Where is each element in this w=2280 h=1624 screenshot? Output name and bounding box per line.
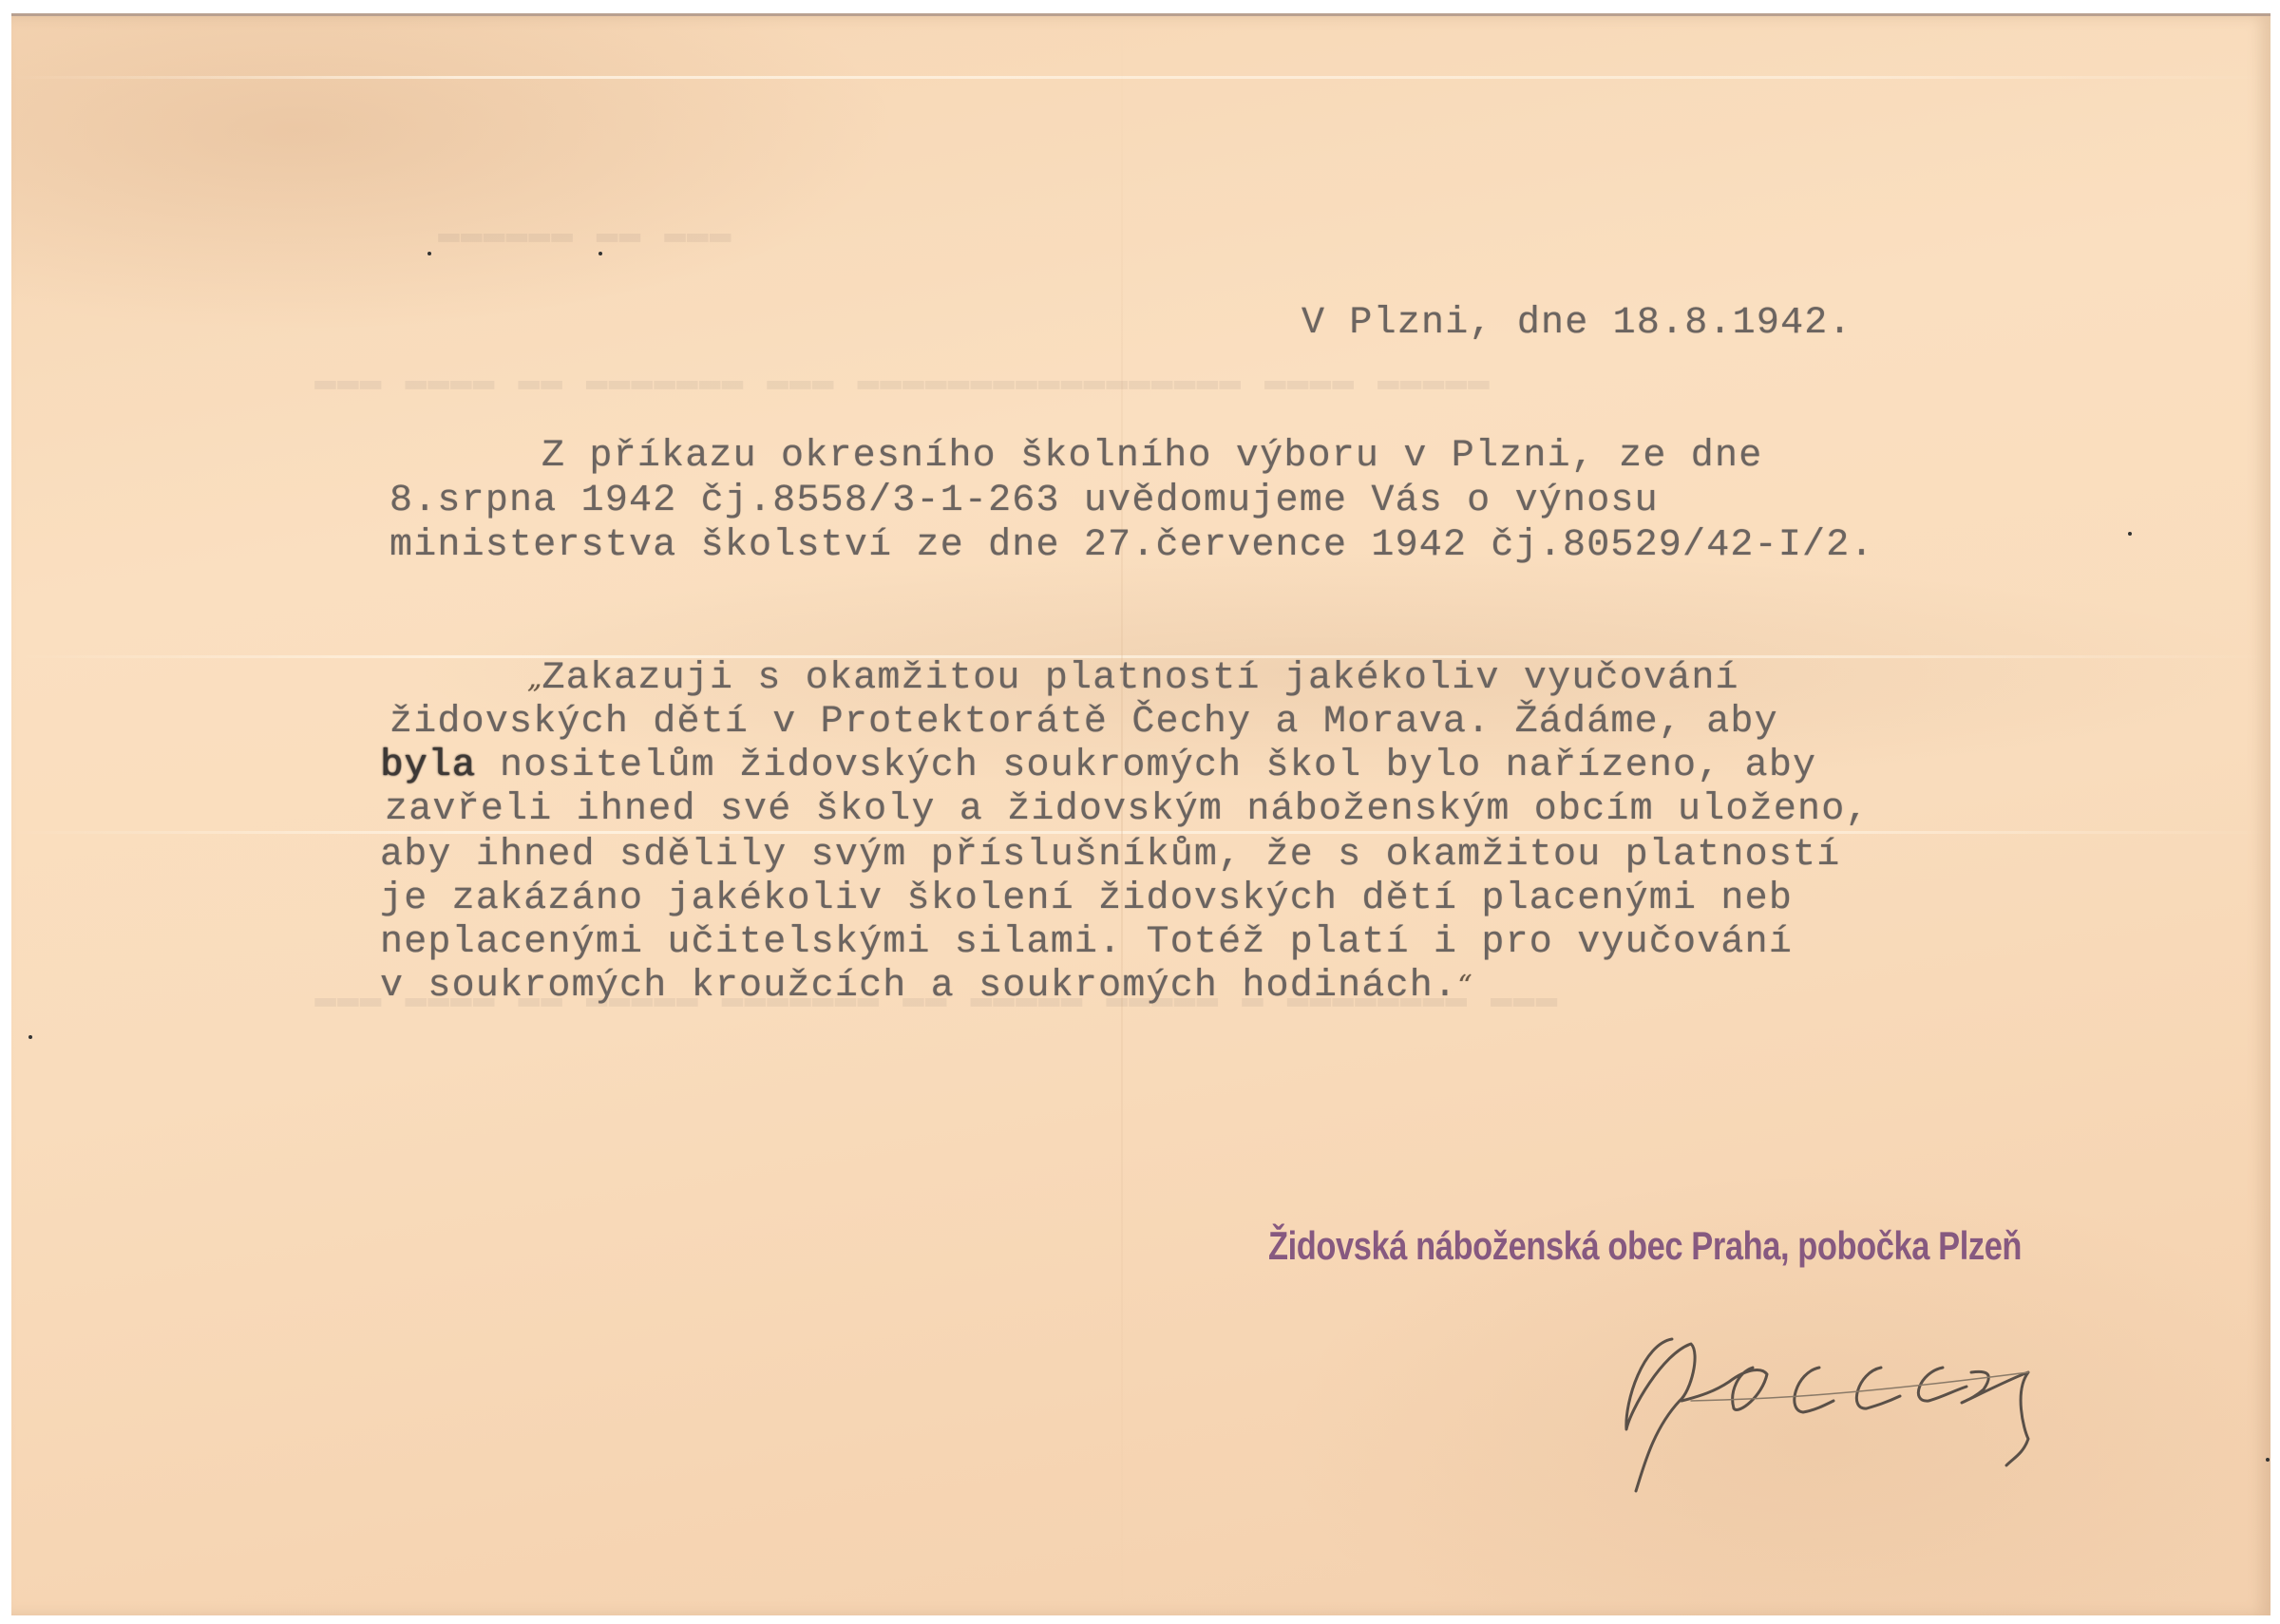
ink-speck (427, 252, 431, 255)
ink-speck (28, 1035, 32, 1039)
text-line: v soukromých kroužcích a soukromých hodi… (380, 965, 1472, 1009)
paper-fold (11, 76, 2270, 79)
quote-open-mark: „ (527, 662, 542, 695)
text-line: 8.srpna 1942 čj.8558/3-1-263 uvědomujeme… (389, 480, 1659, 523)
bleed-through-text: ▬▬▬▬▬ ▬▬▬▬ ▬▬▬▬▬▬▬▬▬▬▬▬▬▬▬▬▬ ▬▬▬ ▬▬▬▬▬▬▬… (313, 361, 1490, 402)
text-line: „Zakazuji s okamžitou platností jakékoli… (527, 657, 1739, 701)
ink-speck (2128, 532, 2132, 536)
text-line: neplacenými učitelskými silami. Totéž pl… (380, 921, 1793, 965)
text-line: aby ihned sdělily svým příslušníkům, že … (380, 834, 1840, 878)
ink-speck (598, 252, 602, 255)
text-line: Z příkazu okresního školního výboru v Pl… (541, 435, 1762, 479)
date-line: V Plzni, dne 18.8.1942. (1301, 302, 1852, 346)
quote-line: v soukromých kroužcích a soukromých hodi… (380, 965, 1457, 1008)
text-line: zavřeli ihned své školy a židovským nábo… (385, 788, 1870, 832)
text-line: židovských dětí v Protektorátě Čechy a M… (389, 701, 1778, 745)
text-line: ministerstva školství ze dne 27.července… (389, 524, 1874, 568)
bleed-through-text: ▬▬▬ ▬▬ ▬▬▬▬▬▬ (437, 214, 731, 255)
ink-speck (2266, 1458, 2270, 1462)
quote-line: Zakazuji s okamžitou platností jakékoliv… (542, 657, 1739, 700)
text-line: byla nositelům židovských soukromých ško… (380, 745, 1816, 788)
text-line: je zakázáno jakékoliv školení židovských… (380, 878, 1793, 921)
organization-stamp: Židovská náboženská obec Praha, pobočka … (1268, 1223, 2022, 1269)
quote-line: nositelům židovských soukromých škol byl… (476, 745, 1816, 787)
handwritten-signature (1596, 1315, 2052, 1505)
struck-word: byla (380, 745, 476, 787)
quote-close-mark: “ (1457, 970, 1472, 1003)
